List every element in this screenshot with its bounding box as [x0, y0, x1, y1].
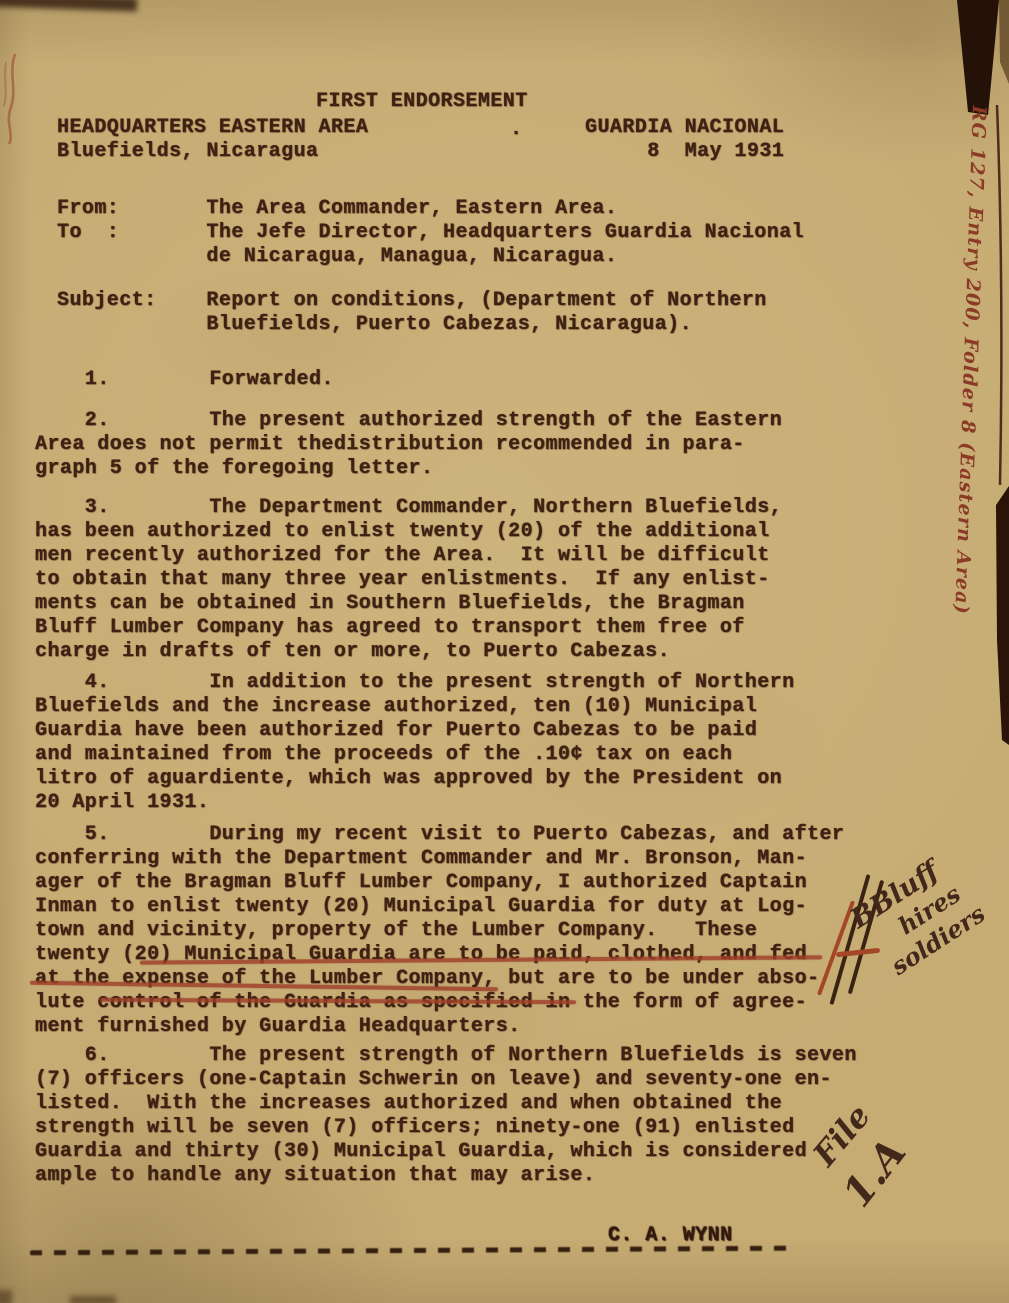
document-title: FIRST ENDORSEMENT	[316, 90, 528, 114]
paragraph-5: 5. During my recent visit to Puerto Cabe…	[35, 823, 844, 1039]
paragraph-3: 3. The Department Commander, Northern Bl…	[35, 496, 782, 664]
paragraph-4: 4. In addition to the present strength o…	[35, 671, 795, 815]
paragraph-1: 1. Forwarded.	[35, 368, 334, 392]
bottom-left-corner-smudge	[0, 1290, 12, 1303]
from-to-block: From: The Area Commander, Eastern Area. …	[57, 197, 804, 269]
stray-typed-dot: .	[510, 118, 522, 142]
signature-name: C. A. WYNN	[608, 1224, 733, 1248]
top-left-edge-shadow	[0, 0, 137, 12]
subject-block: Subject: Report on conditions, (Departme…	[57, 289, 767, 337]
paragraph-2: 2. The present authorized strength of th…	[35, 409, 782, 481]
paragraph-6: 6. The present strength of Northern Blue…	[35, 1044, 857, 1188]
red-margin-scribble	[0, 48, 28, 148]
dotted-separator-line	[30, 1246, 792, 1256]
bottom-edge-smudge	[70, 1296, 116, 1303]
scanned-document-photo: { "document": { "title": "FIRST ENDORSEM…	[0, 0, 1009, 1303]
header-left: HEADQUARTERS EASTERN AREA Bluefields, Ni…	[57, 116, 368, 164]
header-right: GUARDIA NACIONAL 8 May 1931	[585, 116, 784, 164]
